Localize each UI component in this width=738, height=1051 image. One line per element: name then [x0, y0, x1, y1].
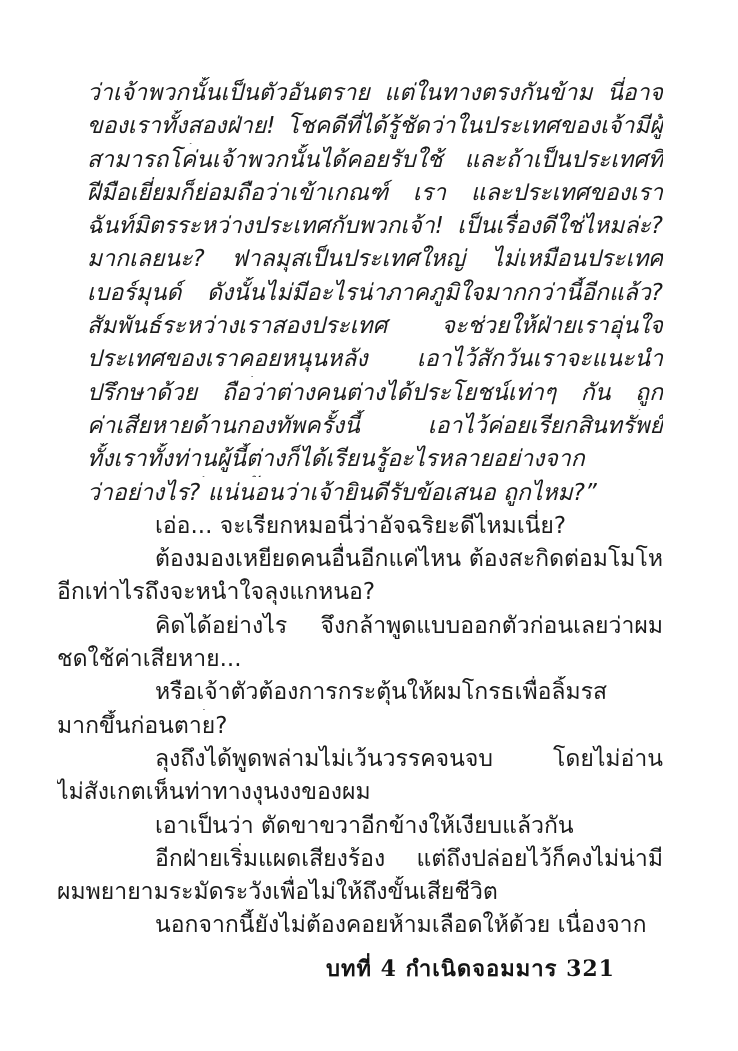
text-line: ทั้งเราทั้งท่านผู้นี้ต่างก็ได้เรียนรู้อะ… [87, 443, 663, 476]
text-line: สัมพันธ์ระหว่างเราสองประเทศ จะช่วยให้ฝ่า… [87, 310, 663, 343]
text-line: ปรึกษาด้วย ถือว่าต่างคนต่างได้ประโยชน์เท… [87, 377, 663, 410]
text-line: หรือเจ้าตัวต้องการกระตุ้นให้ผมโกรธเพื่อล… [57, 676, 663, 709]
text-line: มากเลยนะ? ฟาลมุสเป็นประเทศใหญ่ ไม่เหมือน… [87, 243, 663, 276]
page-footer: บทที่ 4 กำเนิดจอมมาร 321 [326, 951, 615, 986]
text-line: นอกจากนี้ยังไม่ต้องคอยห้ามเลือดให้ด้วย เ… [57, 909, 663, 942]
text-line: ฉันท์มิตรระหว่างประเทศกับพวกเจ้า! เป็นเร… [87, 210, 663, 243]
text-line: ประเทศของเราคอยหนุนหลัง เอาไว้สักวันเราจ… [87, 343, 663, 376]
text-line: ฝีมือเยี่ยมก็ย่อมถือว่าเข้าเกณฑ์ เรา และ… [87, 177, 663, 210]
text-line: ค่าเสียหายด้านกองทัพครั้งนี้ เอาไว้ค่อยเ… [87, 410, 663, 443]
text-line: ลุงถึงได้พูดพล่ามไม่เว้นวรรคจนจบ โดยไม่อ… [57, 743, 663, 776]
paragraph: นอกจากนี้ยังไม่ต้องคอยห้ามเลือดให้ด้วย เ… [57, 909, 663, 942]
text-line: คิดได้อย่างไร จึงกล้าพูดแบบออกตัวก่อนเลย… [57, 610, 663, 643]
paragraph: คิดได้อย่างไร จึงกล้าพูดแบบออกตัวก่อนเลย… [57, 610, 663, 677]
paragraph: ลุงถึงได้พูดพล่ามไม่เว้นวรรคจนจบ โดยไม่อ… [57, 743, 663, 810]
text-line: เอ่อ... จะเรียกหมอนี่ว่าอัจฉริยะดีไหมเนี… [57, 510, 663, 543]
book-page: ว่าเจ้าพวกนั้นเป็นตัวอันตราย แต่ในทางตรง… [0, 0, 738, 1051]
text-line: ของเราทั้งสองฝ่าย! โชคดีที่ได้รู้ชัดว่าใ… [87, 110, 663, 143]
text-line: มากขึ้นก่อนตาย? [57, 710, 663, 743]
text-line: ต้องมองเหยียดคนอื่นอีกแค่ไหน ต้องสะกิดต่… [57, 543, 663, 576]
text-line: เอาเป็นว่า ตัดขาขวาอีกข้างให้เงียบแล้วกั… [57, 810, 663, 843]
quote-paragraph: ว่าเจ้าพวกนั้นเป็นตัวอันตราย แต่ในทางตรง… [87, 77, 663, 510]
text-line: สามารถโค่นเจ้าพวกนั้นได้คอยรับใช้ และถ้า… [87, 144, 663, 177]
text-line: ชดใช้ค่าเสียหาย... [57, 643, 663, 676]
text-line: ว่าเจ้าพวกนั้นเป็นตัวอันตราย แต่ในทางตรง… [87, 77, 663, 110]
text-line: เบอร์มุนด์ ดังนั้นไม่มีอะไรน่าภาคภูมิใจม… [87, 277, 663, 310]
paragraph: ต้องมองเหยียดคนอื่นอีกแค่ไหน ต้องสะกิดต่… [57, 543, 663, 610]
text-line: อีกเท่าไรถึงจะหนำใจลุงแกหนอ? [57, 576, 663, 609]
paragraph: เอ่อ... จะเรียกหมอนี่ว่าอัจฉริยะดีไหมเนี… [57, 510, 663, 543]
text-line: ไม่สังเกตเห็นท่าทางงุนงงของผม [57, 776, 663, 809]
paragraph: เอาเป็นว่า ตัดขาขวาอีกข้างให้เงียบแล้วกั… [57, 810, 663, 843]
paragraph: อีกฝ่ายเริ่มแผดเสียงร้อง แต่ถึงปล่อยไว้ก… [57, 843, 663, 910]
paragraph: หรือเจ้าตัวต้องการกระตุ้นให้ผมโกรธเพื่อล… [57, 676, 663, 743]
text-line: ผมพยายามระมัดระวังเพื่อไม่ให้ถึงขั้นเสีย… [57, 876, 663, 909]
text-line: ว่าอย่างไร? แน่นอนว่าเจ้ายินดีรับข้อเสนอ… [87, 477, 663, 510]
page-text: ว่าเจ้าพวกนั้นเป็นตัวอันตราย แต่ในทางตรง… [57, 77, 663, 943]
text-line: อีกฝ่ายเริ่มแผดเสียงร้อง แต่ถึงปล่อยไว้ก… [57, 843, 663, 876]
